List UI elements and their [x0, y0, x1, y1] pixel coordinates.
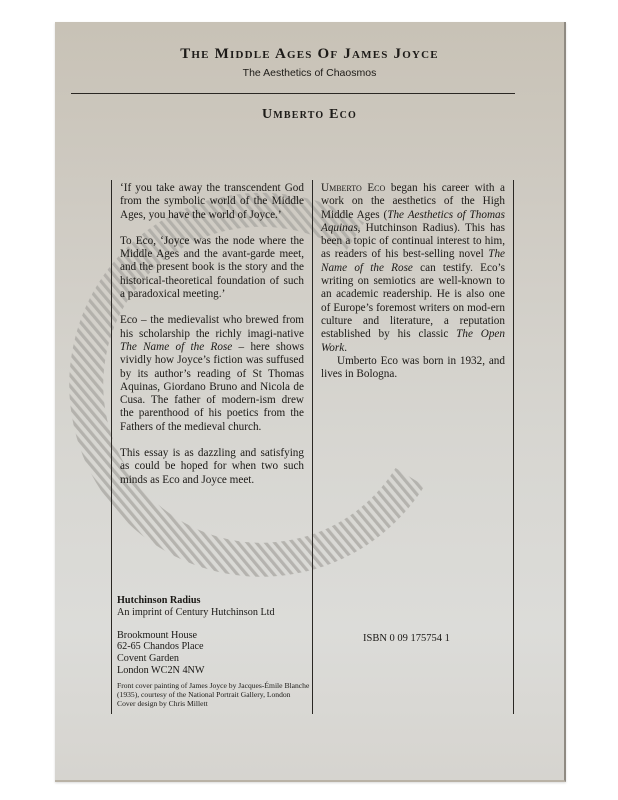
publisher-block: Hutchinson Radius An imprint of Century …: [117, 595, 327, 677]
blurb-column: ‘If you take away the transcendent God f…: [120, 182, 304, 500]
publisher-imprint: An imprint of Century Hutchinson Ltd: [117, 607, 327, 619]
text-run: To Eco, ‘Joyce was the node where the Mi…: [120, 235, 304, 300]
address-line: 62-65 Chandos Place: [117, 641, 327, 653]
address-line: Brookmount House: [117, 630, 327, 642]
blurb-paragraph: This essay is as dazzling and satisfying…: [120, 447, 304, 487]
blurb-paragraph: ‘If you take away the transcendent God f…: [120, 182, 304, 222]
isbn-number: ISBN 0 09 175754 1: [363, 633, 450, 644]
address-line: Covent Garden: [117, 653, 327, 665]
column-rule-right: [513, 180, 514, 714]
text-run: Umberto Eco: [321, 182, 385, 194]
bio-paragraph: Umberto Eco began his career with a work…: [321, 182, 505, 355]
author-bio-column: Umberto Eco began his career with a work…: [321, 182, 505, 381]
publisher-name: Hutchinson Radius: [117, 595, 327, 607]
text-run: Umberto Eco was born in 1932, and lives …: [321, 355, 505, 380]
bio-paragraph: Umberto Eco was born in 1932, and lives …: [321, 355, 505, 382]
book-subtitle: The Aesthetics of Chaosmos: [55, 67, 564, 79]
text-run: This essay is as dazzling and satisfying…: [120, 447, 304, 486]
text-run: ‘If you take away the transcendent God f…: [120, 182, 304, 221]
address-line: London WC2N 4NW: [117, 665, 327, 677]
blurb-paragraph: Eco – the medievalist who brewed from hi…: [120, 314, 304, 434]
publisher-address: Brookmount House 62-65 Chandos Place Cov…: [117, 630, 327, 677]
title-divider: [71, 93, 515, 94]
text-run: Eco – the medievalist who brewed from hi…: [120, 314, 304, 339]
book-back-cover: The Middle Ages Of James Joyce The Aesth…: [55, 22, 566, 782]
book-title: The Middle Ages Of James Joyce: [55, 46, 564, 63]
text-run: .: [344, 342, 347, 354]
cover-credits: Front cover painting of James Joyce by J…: [117, 682, 317, 708]
column-rule-left: [111, 180, 112, 714]
author-name: Umberto Eco: [55, 107, 564, 123]
text-run: – here shows vividly how Joyce’s fiction…: [120, 341, 304, 433]
painting-credit: Front cover painting of James Joyce by J…: [117, 682, 317, 700]
blurb-paragraph: To Eco, ‘Joyce was the node where the Mi…: [120, 235, 304, 301]
design-credit: Cover design by Chris Millett: [117, 700, 317, 709]
book-title-reference: The Name of the Rose: [120, 341, 232, 353]
